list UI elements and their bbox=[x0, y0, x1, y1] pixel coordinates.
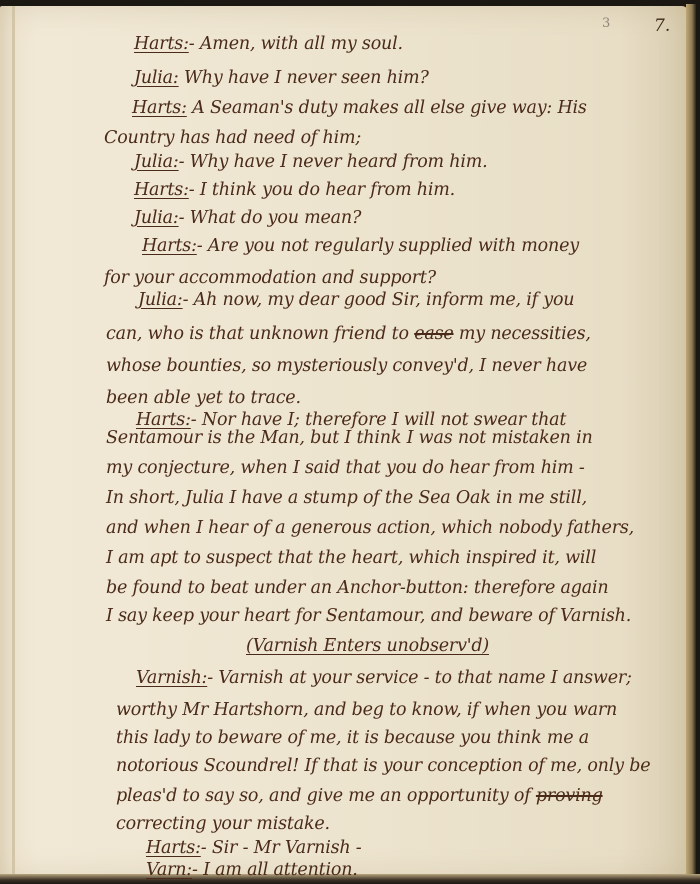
line-text: pleas'd to say so, and give me an opport… bbox=[116, 786, 536, 806]
line-text-after: my necessities, bbox=[454, 324, 591, 344]
struck-word: proving bbox=[536, 786, 603, 806]
line-text: Sentamour is the Man, but I think I was … bbox=[106, 428, 593, 448]
text-line: be found to beat under an Anchor-button:… bbox=[106, 578, 608, 598]
text-line: I am apt to suspect that the heart, whic… bbox=[106, 548, 596, 568]
text-line: been able yet to trace. bbox=[106, 388, 301, 408]
stage-direction-text: (Varnish Enters unobserv'd) bbox=[246, 636, 489, 656]
line-text: - Sir - Mr Varnish - bbox=[201, 838, 362, 858]
text-line: Country has had need of him; bbox=[104, 128, 361, 148]
line-text: I am apt to suspect that the heart, whic… bbox=[106, 548, 596, 568]
text-line: this lady to beware of me, it is because… bbox=[116, 728, 589, 748]
speaker-name: Julia: bbox=[134, 152, 179, 172]
speaker-name: Julia: bbox=[134, 208, 179, 228]
text-line: can, who is that unknown friend to ease … bbox=[106, 324, 591, 344]
text-line: for your accommodation and support? bbox=[104, 268, 436, 288]
text-line: Harts:- Are you not regularly supplied w… bbox=[142, 236, 579, 256]
line-text: be found to beat under an Anchor-button:… bbox=[106, 578, 608, 598]
line-text: and when I hear of a generous action, wh… bbox=[106, 518, 634, 538]
speaker-name: Harts: bbox=[136, 410, 191, 430]
text-line: Harts:- Amen, with all my soul. bbox=[134, 34, 403, 54]
line-text: worthy Mr Hartshorn, and beg to know, if… bbox=[116, 700, 617, 720]
line-text: - Ah now, my dear good Sir, inform me, i… bbox=[183, 290, 575, 310]
text-line: Harts:- Sir - Mr Varnish - bbox=[146, 838, 362, 858]
speaker-name: Harts: bbox=[134, 34, 189, 54]
struck-word: ease bbox=[414, 324, 453, 344]
line-text: - Amen, with all my soul. bbox=[189, 34, 403, 54]
text-line: Harts:- Nor have I; therefore I will not… bbox=[136, 410, 566, 430]
speaker-name: Harts: bbox=[132, 98, 187, 118]
line-text: notorious Scoundrel! If that is your con… bbox=[116, 756, 650, 776]
stage-direction: (Varnish Enters unobserv'd) bbox=[246, 636, 489, 656]
text-line: Julia:- Why have I never heard from him. bbox=[134, 152, 488, 172]
text-line: Sentamour is the Man, but I think I was … bbox=[106, 428, 593, 448]
speaker-name: Julia: bbox=[134, 68, 179, 88]
text-line: notorious Scoundrel! If that is your con… bbox=[116, 756, 650, 776]
text-line: Julia:- Ah now, my dear good Sir, inform… bbox=[138, 290, 574, 310]
line-text: I say keep your heart for Sentamour, and… bbox=[106, 606, 631, 626]
line-text: my conjecture, when I said that you do h… bbox=[106, 458, 585, 478]
line-text: In short, Julia I have a stump of the Se… bbox=[106, 488, 587, 508]
line-text: - Varnish at your service - to that name… bbox=[207, 668, 631, 688]
line-text: - Are you not regularly supplied with mo… bbox=[197, 236, 579, 256]
speaker-name: Julia: bbox=[138, 290, 183, 310]
speaker-name: Harts: bbox=[134, 180, 189, 200]
text-line: correcting your mistake. bbox=[116, 814, 330, 834]
text-line: I say keep your heart for Sentamour, and… bbox=[106, 606, 631, 626]
line-text: been able yet to trace. bbox=[106, 388, 301, 408]
page-frame: 3 7. Harts:- Amen, with all my soul. Jul… bbox=[0, 0, 700, 884]
line-text: Why have I never seen him? bbox=[179, 68, 429, 88]
text-line: my conjecture, when I said that you do h… bbox=[106, 458, 585, 478]
line-text: - Why have I never heard from him. bbox=[179, 152, 488, 172]
speaker-name: Harts: bbox=[142, 236, 197, 256]
text-line: Varn:- I am all attention. bbox=[146, 860, 358, 880]
speaker-name: Varn: bbox=[146, 860, 192, 880]
text-line: Harts: A Seaman's duty makes all else gi… bbox=[132, 98, 587, 118]
text-line: pleas'd to say so, and give me an opport… bbox=[116, 786, 603, 806]
line-text: can, who is that unknown friend to bbox=[106, 324, 414, 344]
line-text: - I think you do hear from him. bbox=[189, 180, 455, 200]
line-text: - Nor have I; therefore I will not swear… bbox=[191, 410, 566, 430]
text-line: In short, Julia I have a stump of the Se… bbox=[106, 488, 587, 508]
text-line: Julia:- What do you mean? bbox=[134, 208, 361, 228]
text-line: Julia: Why have I never seen him? bbox=[134, 68, 429, 88]
text-line: Varnish:- Varnish at your service - to t… bbox=[136, 668, 632, 688]
line-text: correcting your mistake. bbox=[116, 814, 330, 834]
line-text: - What do you mean? bbox=[179, 208, 362, 228]
line-text: Country has had need of him; bbox=[104, 128, 361, 148]
text-line: Harts:- I think you do hear from him. bbox=[134, 180, 455, 200]
text-line: worthy Mr Hartshorn, and beg to know, if… bbox=[116, 700, 617, 720]
line-text: - I am all attention. bbox=[192, 860, 358, 880]
speaker-name: Harts: bbox=[146, 838, 201, 858]
speaker-name: Varnish: bbox=[136, 668, 207, 688]
line-text: this lady to beware of me, it is because… bbox=[116, 728, 589, 748]
text-line: whose bounties, so mysteriously convey'd… bbox=[106, 356, 587, 376]
line-text: whose bounties, so mysteriously convey'd… bbox=[106, 356, 587, 376]
text-line: and when I hear of a generous action, wh… bbox=[106, 518, 634, 538]
manuscript-text: Harts:- Amen, with all my soul. Julia: W… bbox=[0, 0, 700, 884]
line-text: A Seaman's duty makes all else give way:… bbox=[187, 98, 587, 118]
line-text: for your accommodation and support? bbox=[104, 268, 436, 288]
